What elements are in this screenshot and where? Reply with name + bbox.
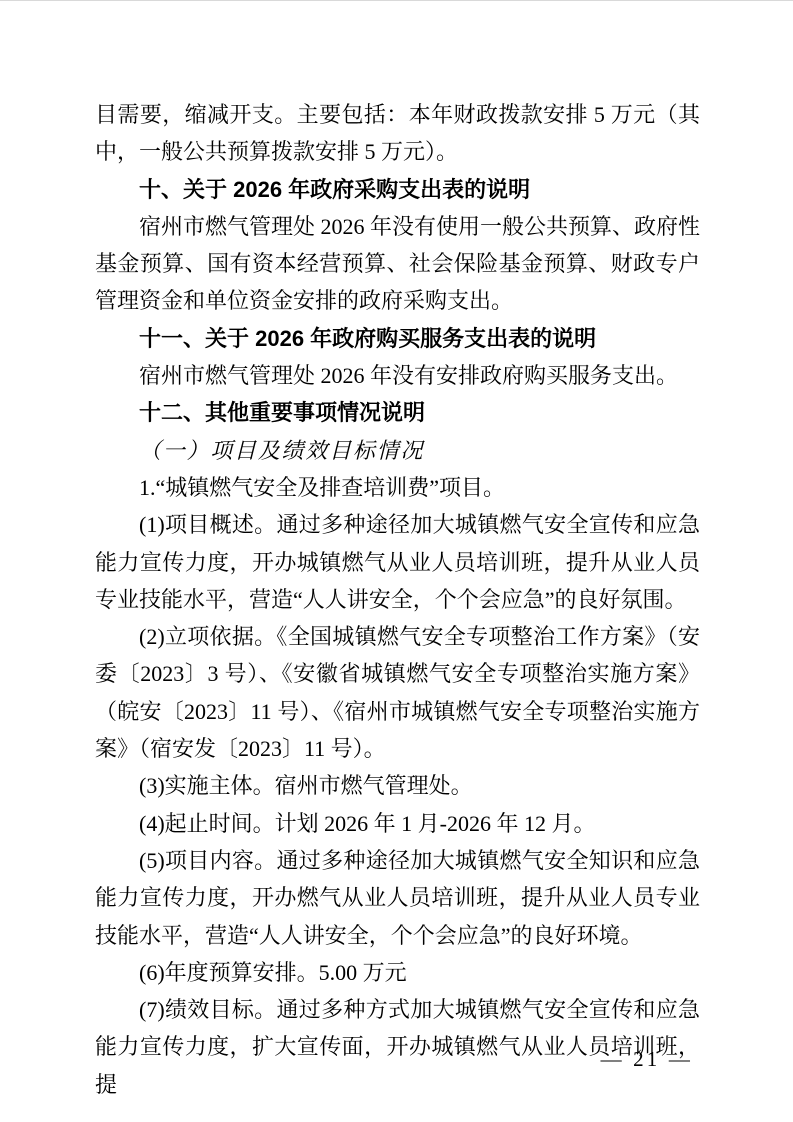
section-heading-12: 十二、其他重要事项情况说明 [95,394,700,431]
section-heading-11: 十一、关于 2026 年政府购买服务支出表的说明 [95,320,700,357]
paragraph-project-budget: (6)年度预算安排。5.00 万元 [95,954,700,991]
paragraph-project-basis: (2)立项依据。《全国城镇燃气安全专项整治工作方案》（安委〔2023〕3 号）、… [95,618,700,767]
paragraph: 宿州市燃气管理处 2026 年没有使用一般公共预算、政府性基金预算、国有资本经营… [95,208,700,320]
paragraph-project-title: 1.“城镇燃气安全及排查培训费”项目。 [95,469,700,506]
paragraph: 宿州市燃气管理处 2026 年没有安排政府购买服务支出。 [95,357,700,394]
paragraph-project-entity: (3)实施主体。宿州市燃气管理处。 [95,767,700,804]
section-heading-10: 十、关于 2026 年政府采购支出表的说明 [95,171,700,208]
paragraph-continuation: 目需要，缩减开支。主要包括：本年财政拨款安排 5 万元（其中，一般公共预算拨款安… [95,96,700,171]
sub-heading-project-goals: （一）项目及绩效目标情况 [95,432,700,469]
document-page: 目需要，缩减开支。主要包括：本年财政拨款安排 5 万元（其中，一般公共预算拨款安… [0,0,793,1122]
paragraph-project-timeline: (4)起止时间。计划 2026 年 1 月-2026 年 12 月。 [95,805,700,842]
paragraph-project-overview: (1)项目概述。通过多种途径加大城镇燃气安全宣传和应急能力宣传力度，开办城镇燃气… [95,506,700,618]
page-number: — 21 — [601,1047,693,1072]
paragraph-project-content: (5)项目内容。通过多种途径加大城镇燃气安全知识和应急能力宣传力度，开办燃气从业… [95,842,700,954]
document-content: 目需要，缩减开支。主要包括：本年财政拨款安排 5 万元（其中，一般公共预算拨款安… [95,96,700,1103]
